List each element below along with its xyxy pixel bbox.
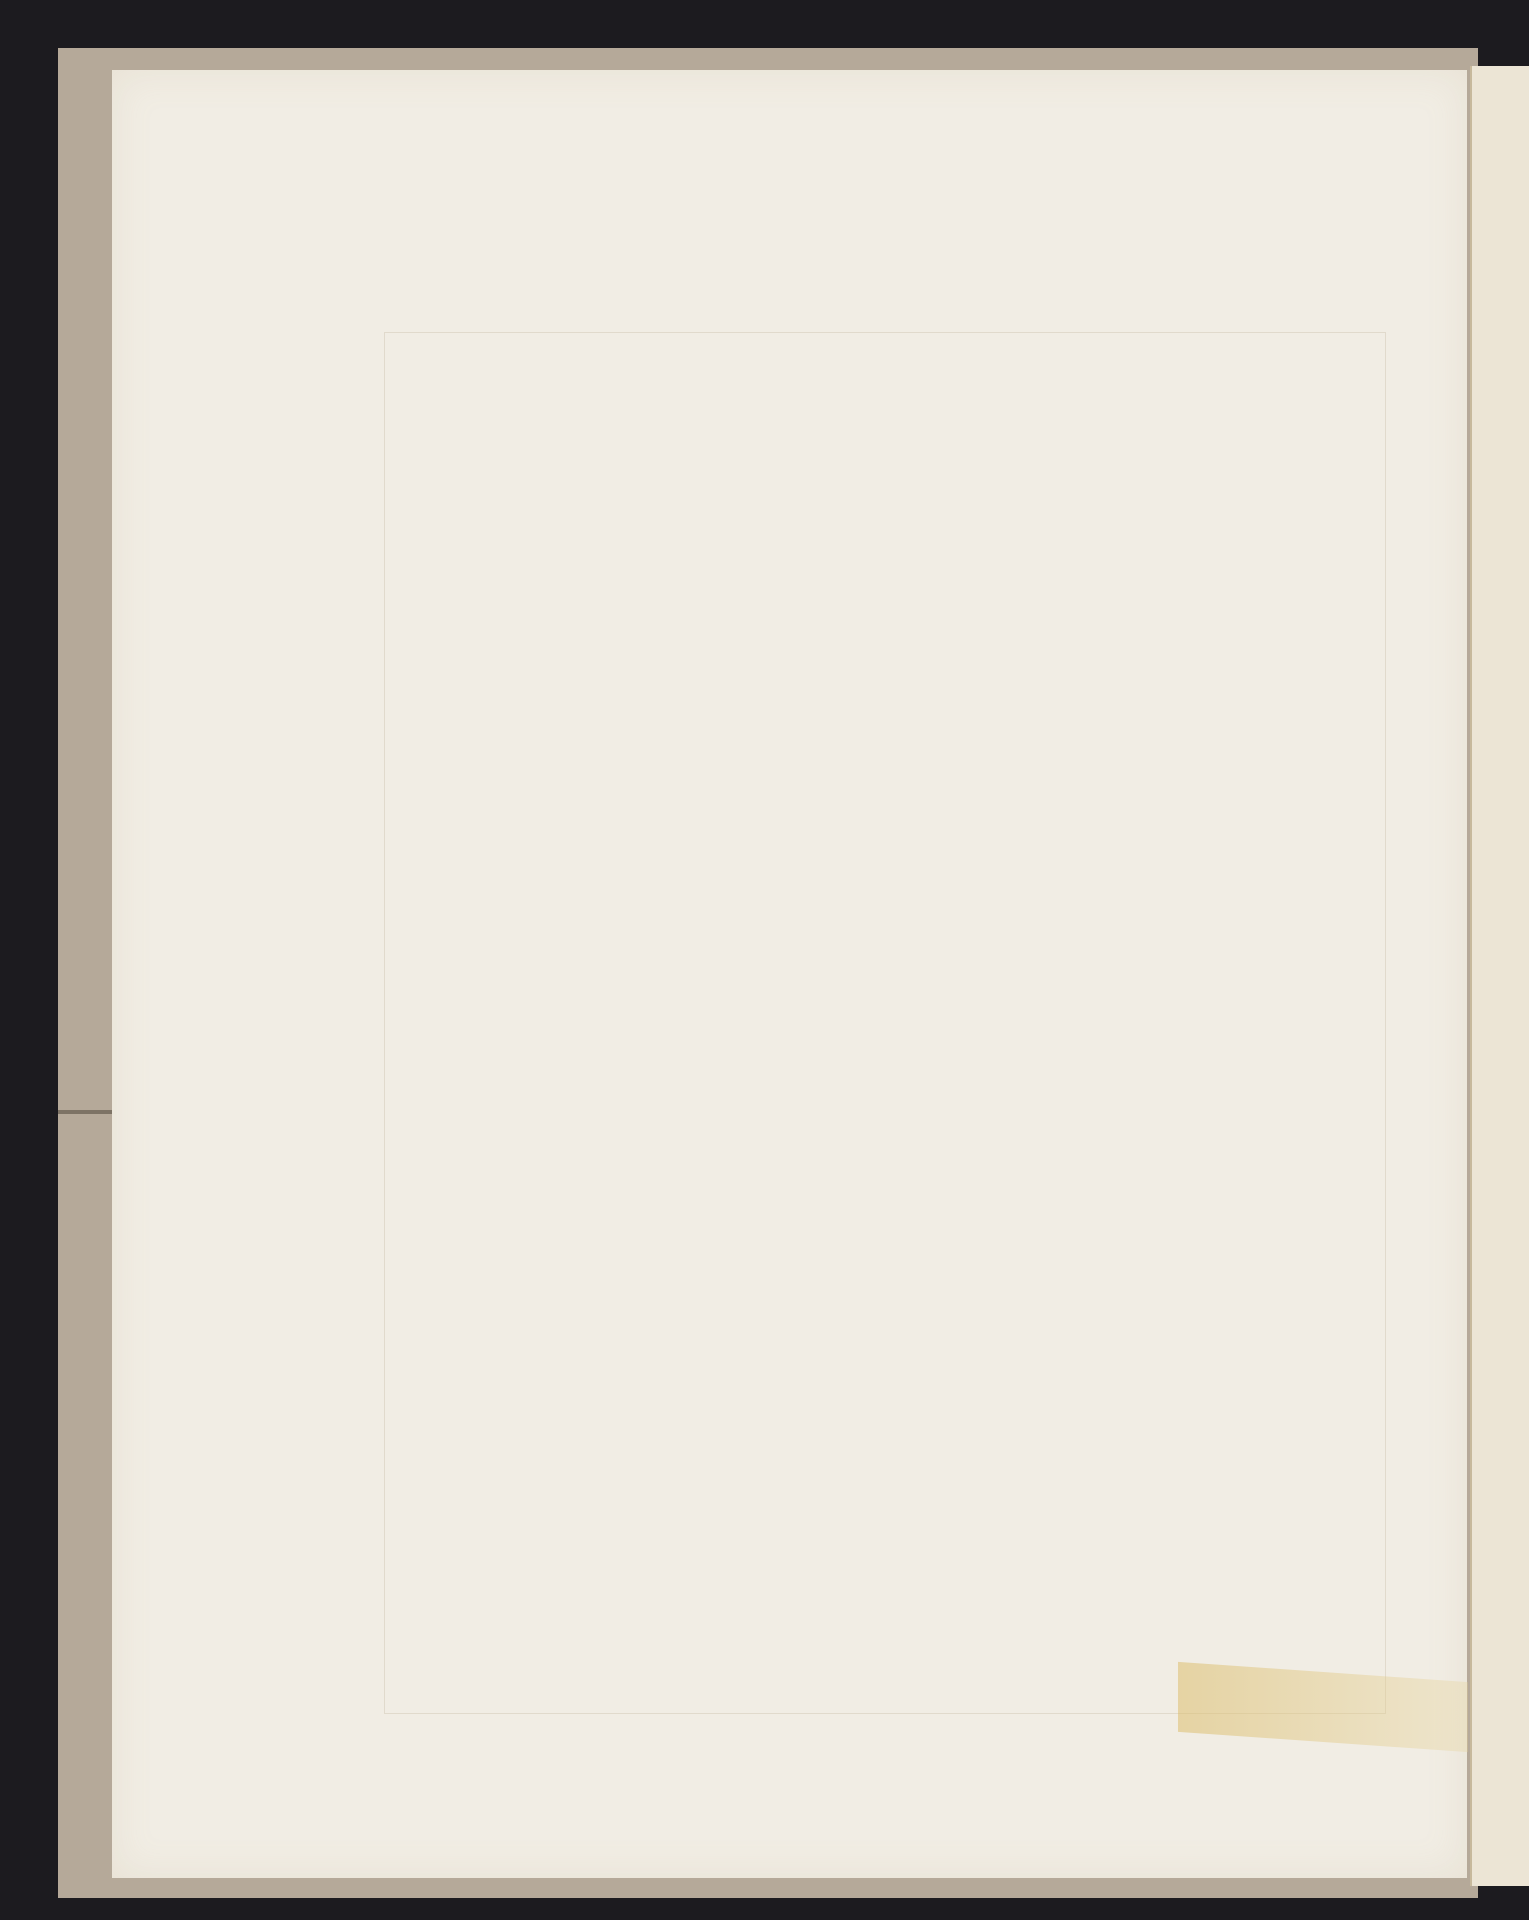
facing-page-edge [1470, 66, 1529, 1886]
plate-impression [384, 332, 1386, 1714]
book-page [112, 70, 1467, 1878]
board-tear [58, 1110, 114, 1114]
